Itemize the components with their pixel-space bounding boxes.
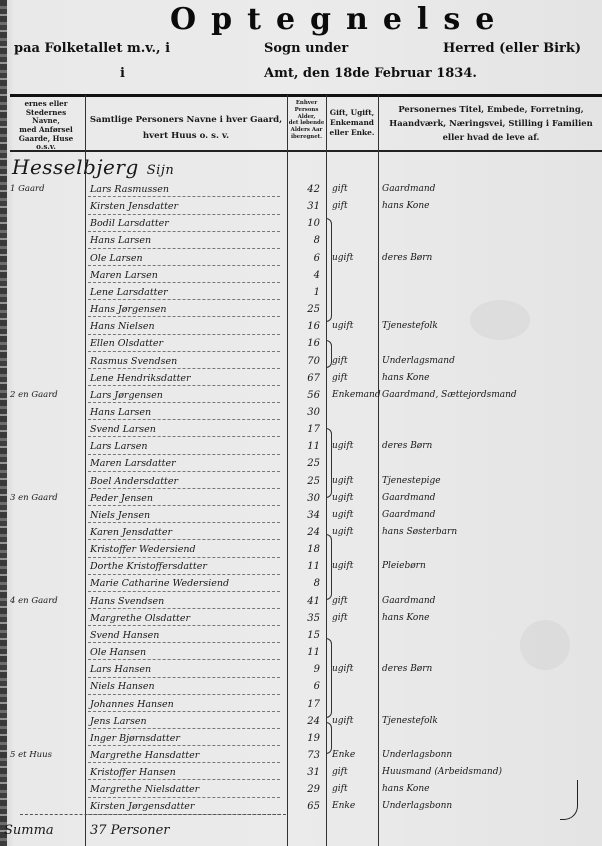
header-rule [10, 94, 602, 97]
civil-status-cell: ugift [332, 476, 353, 486]
census-page: Optegnelse paa Folketallet m.v., i Sogn … [0, 0, 602, 846]
age-cell: 70 [290, 356, 320, 367]
place-cell: 3 en Gaard [10, 493, 58, 503]
name-cell: Hans Jørgensen [90, 304, 166, 315]
place-cell: 4 en Gaard [10, 596, 58, 606]
table-row: Margrethe Nielsdatter29gifthans Kone [0, 783, 602, 800]
occupation-cell: Underlagsmand [382, 356, 455, 366]
age-cell: 65 [290, 801, 320, 812]
table-row: Maren Larsdatter25 [0, 457, 602, 474]
occupation-cell: Pleiebørn [382, 561, 426, 571]
table-row: Rasmus Svendsen70giftUnderlagsmand [0, 355, 602, 372]
name-cell: Hans Nielsen [90, 321, 155, 332]
column-header-line: eller Enke. [327, 128, 377, 138]
table-row: Inger Bjørnsdatter19 [0, 732, 602, 749]
row-leader-line [88, 557, 280, 558]
row-leader-line [88, 214, 280, 215]
row-leader-line [88, 677, 280, 678]
age-cell: 30 [290, 493, 320, 504]
civil-status-cell: gift [332, 767, 348, 777]
table-row: Kirsten Jensdatter31gifthans Kone [0, 200, 602, 217]
civil-status-cell: ugift [332, 493, 353, 503]
table-row: Maren Larsen4 [0, 269, 602, 286]
row-leader-line [88, 368, 280, 369]
civil-status-cell: ugift [332, 716, 353, 726]
civil-status-cell: Enke [332, 801, 355, 811]
row-leader-line [88, 745, 280, 746]
grouping-brace [326, 428, 332, 498]
age-cell: 24 [290, 716, 320, 727]
civil-status-cell: ugift [332, 321, 353, 331]
name-cell: Lars Jørgensen [90, 390, 163, 401]
occupation-cell: hans Søsterbarn [382, 527, 457, 537]
column-header-line: iberegnet. [288, 134, 325, 141]
parish-name: HesselbjergSijn [12, 155, 174, 179]
row-leader-line [88, 659, 280, 660]
civil-status-cell: ugift [332, 510, 353, 520]
document-title: Optegnelse [170, 2, 410, 37]
civil-status-cell: gift [332, 373, 348, 383]
name-cell: Lars Larsen [90, 441, 148, 452]
civil-status-cell: gift [332, 184, 348, 194]
age-cell: 34 [290, 510, 320, 521]
column-header-occupation: Personernes Titel, Embede, Forretning, H… [380, 103, 602, 145]
column-header-line: Persons [288, 107, 325, 114]
age-cell: 56 [290, 390, 320, 401]
column-header-line: Personernes Titel, Embede, Forretning, [380, 103, 602, 117]
column-header-line: Alders Aar [288, 127, 325, 134]
table-row: 3 en GaardPeder Jensen30ugiftGaardmand [0, 492, 602, 509]
row-leader-line [88, 762, 280, 763]
age-cell: 29 [290, 784, 320, 795]
table-row: Ellen Olsdatter16 [0, 337, 602, 354]
age-cell: 10 [290, 218, 320, 229]
age-cell: 4 [290, 270, 320, 281]
header-census-label: paa Folketallet m.v., i [14, 41, 170, 56]
occupation-cell: Gaardmand [382, 493, 435, 503]
row-leader-line [88, 265, 280, 266]
age-cell: 31 [290, 201, 320, 212]
summary-rule [20, 814, 286, 815]
occupation-cell: Underlagsbonn [382, 750, 452, 760]
summary-label: Summa [4, 823, 54, 838]
place-cell: 1 Gaard [10, 184, 45, 194]
row-leader-line [88, 694, 280, 695]
occupation-cell: Gaardmand [382, 510, 435, 520]
table-row: 5 et HuusMargrethe Hansdatter73EnkeUnder… [0, 749, 602, 766]
name-cell: Kirsten Jensdatter [90, 201, 178, 212]
row-leader-line [88, 711, 280, 712]
age-cell: 8 [290, 578, 320, 589]
occupation-cell: hans Kone [382, 201, 429, 211]
column-header-civil-status: Gift, Ugift, Enkemand eller Enke. [327, 108, 377, 138]
table-row: 2 en GaardLars Jørgensen56EnkemandGaardm… [0, 389, 602, 406]
age-cell: 67 [290, 373, 320, 384]
name-cell: Hans Larsen [90, 235, 151, 246]
closing-parenthesis [560, 780, 578, 820]
grouping-brace [326, 218, 332, 322]
table-row: Ole Hansen11 [0, 646, 602, 663]
table-row: Svend Hansen15 [0, 629, 602, 646]
name-cell: Marie Catharine Wedersiend [90, 578, 229, 589]
name-cell: Rasmus Svendsen [90, 356, 177, 367]
table-row: Lars Larsen11ugiftderes Børn [0, 440, 602, 457]
age-cell: 1 [290, 287, 320, 298]
place-cell: 2 en Gaard [10, 390, 58, 400]
age-cell: 11 [290, 441, 320, 452]
occupation-cell: Gaardmand, Sættejordsmand [382, 390, 517, 400]
name-cell: Dorthe Kristoffersdatter [90, 561, 207, 572]
header-date-line: Amt, den 18de Februar 1834. [264, 66, 477, 81]
name-cell: Bodil Larsdatter [90, 218, 169, 229]
column-header-names: Samtlige Personers Navne i hver Gaard, h… [86, 112, 286, 145]
table-row: Kirsten Jørgensdatter65EnkeUnderlagsbonn [0, 800, 602, 817]
name-cell: Ole Larsen [90, 253, 143, 264]
header-county-prefix: i [120, 66, 125, 81]
occupation-cell: Tjenestepige [382, 476, 441, 486]
row-leader-line [88, 196, 280, 197]
summary-total: 37 Personer [90, 823, 170, 838]
age-cell: 18 [290, 544, 320, 555]
age-cell: 73 [290, 750, 320, 761]
row-leader-line [88, 402, 280, 403]
column-header-line: eller hvad de leve af. [380, 131, 602, 145]
name-cell: Margrethe Olsdatter [90, 613, 190, 624]
column-header-line: Haandværk, Næringsvei, Stilling i Famili… [380, 117, 602, 131]
column-header-age: Enhver Persons Alder, det løbende Alders… [288, 100, 325, 141]
name-cell: Ellen Olsdatter [90, 338, 163, 349]
name-cell: Margrethe Hansdatter [90, 750, 199, 761]
table-row: Margrethe Olsdatter35gifthans Kone [0, 612, 602, 629]
table-row: Hans Jørgensen25 [0, 303, 602, 320]
table-row: Dorthe Kristoffersdatter11ugiftPleiebørn [0, 560, 602, 577]
name-cell: Ole Hansen [90, 647, 146, 658]
age-cell: 25 [290, 458, 320, 469]
name-cell: Peder Jensen [90, 493, 153, 504]
grouping-brace [326, 638, 332, 718]
age-cell: 8 [290, 235, 320, 246]
name-cell: Kristoffer Hansen [90, 767, 176, 778]
row-leader-line [88, 436, 280, 437]
table-row: Kristoffer Wedersiend18 [0, 543, 602, 560]
occupation-cell: Tjenestefolk [382, 716, 438, 726]
age-cell: 35 [290, 613, 320, 624]
occupation-cell: hans Kone [382, 784, 429, 794]
row-leader-line [88, 488, 280, 489]
name-cell: Lars Hansen [90, 664, 151, 675]
row-leader-line [88, 728, 280, 729]
column-header-line: Samtlige Personers Navne i hver Gaard, [86, 112, 286, 128]
column-header-line: Enkemand [327, 118, 377, 128]
name-cell: Johannes Hansen [90, 699, 174, 710]
civil-status-cell: ugift [332, 561, 353, 571]
row-leader-line [88, 282, 280, 283]
parish-suffix: Sijn [147, 163, 174, 178]
civil-status-cell: ugift [332, 253, 353, 263]
row-leader-line [88, 471, 280, 472]
civil-status-cell: ugift [332, 664, 353, 674]
age-cell: 17 [290, 424, 320, 435]
age-cell: 31 [290, 767, 320, 778]
name-cell: Niels Jensen [90, 510, 150, 521]
row-leader-line [88, 231, 280, 232]
civil-status-cell: Enke [332, 750, 355, 760]
row-leader-line [88, 608, 280, 609]
name-cell: Jens Larsen [90, 716, 147, 727]
occupation-cell: hans Kone [382, 373, 429, 383]
table-row: 1 GaardLars Rasmussen42giftGaardmand [0, 183, 602, 200]
age-cell: 6 [290, 253, 320, 264]
age-cell: 6 [290, 681, 320, 692]
age-cell: 25 [290, 476, 320, 487]
row-leader-line [88, 797, 280, 798]
age-cell: 9 [290, 664, 320, 675]
age-cell: 30 [290, 407, 320, 418]
age-cell: 16 [290, 338, 320, 349]
row-leader-line [88, 642, 280, 643]
column-header-line: Alder, [288, 114, 325, 121]
row-leader-line [88, 539, 280, 540]
row-leader-line [88, 522, 280, 523]
civil-status-cell: gift [332, 356, 348, 366]
table-row: Johannes Hansen17 [0, 698, 602, 715]
civil-status-cell: gift [332, 596, 348, 606]
age-cell: 17 [290, 699, 320, 710]
name-cell: Svend Larsen [90, 424, 156, 435]
table-row: Hans Larsen30 [0, 406, 602, 423]
name-cell: Inger Bjørnsdatter [90, 733, 180, 744]
column-header-line: Enhver [288, 100, 325, 107]
name-cell: Boel Andersdatter [90, 476, 178, 487]
column-header-line: det løbende [288, 120, 325, 127]
table-row: Lene Hendriksdatter67gifthans Kone [0, 372, 602, 389]
row-leader-line [88, 454, 280, 455]
table-row: Hans Larsen8 [0, 234, 602, 251]
table-row: Niels Hansen6 [0, 680, 602, 697]
name-cell: Maren Larsen [90, 270, 158, 281]
name-cell: Hans Svendsen [90, 596, 164, 607]
column-header-rule [10, 150, 602, 152]
age-cell: 19 [290, 733, 320, 744]
name-cell: Kirsten Jørgensdatter [90, 801, 194, 812]
table-row: Boel Andersdatter25ugiftTjenestepige [0, 475, 602, 492]
row-leader-line [88, 505, 280, 506]
grouping-brace [326, 340, 332, 368]
civil-status-cell: gift [332, 613, 348, 623]
table-row: Lars Hansen9ugiftderes Børn [0, 663, 602, 680]
name-cell: Svend Hansen [90, 630, 159, 641]
age-cell: 15 [290, 630, 320, 641]
column-header-line: hvert Huus o. s. v. [86, 128, 286, 144]
table-row: 4 en GaardHans Svendsen41giftGaardmand [0, 595, 602, 612]
age-cell: 11 [290, 561, 320, 572]
table-row: Ole Larsen6ugiftderes Børn [0, 252, 602, 269]
row-leader-line [88, 334, 280, 335]
civil-status-cell: gift [332, 784, 348, 794]
row-leader-line [88, 779, 280, 780]
name-cell: Lars Rasmussen [90, 184, 169, 195]
row-leader-line [88, 591, 280, 592]
place-cell: 5 et Huus [10, 750, 52, 760]
occupation-cell: Gaardmand [382, 596, 435, 606]
row-leader-line [88, 351, 280, 352]
occupation-cell: deres Børn [382, 441, 432, 451]
row-leader-line [88, 299, 280, 300]
occupation-cell: hans Kone [382, 613, 429, 623]
row-leader-line [88, 625, 280, 626]
occupation-cell: Huusmand (Arbeidsmand) [382, 767, 502, 777]
name-cell: Kristoffer Wedersiend [90, 544, 196, 555]
name-cell: Niels Hansen [90, 681, 155, 692]
civil-status-cell: ugift [332, 441, 353, 451]
age-cell: 11 [290, 647, 320, 658]
age-cell: 24 [290, 527, 320, 538]
row-leader-line [88, 385, 280, 386]
occupation-cell: Tjenestefolk [382, 321, 438, 331]
occupation-cell: Gaardmand [382, 184, 435, 194]
table-row: Svend Larsen17 [0, 423, 602, 440]
row-leader-line [88, 316, 280, 317]
name-cell: Hans Larsen [90, 407, 151, 418]
occupation-cell: deres Børn [382, 664, 432, 674]
table-row: Karen Jensdatter24ugifthans Søsterbarn [0, 526, 602, 543]
column-header-line: Gaarde, Huse o.s.v. [8, 135, 84, 152]
name-cell: Lene Hendriksdatter [90, 373, 191, 384]
name-cell: Karen Jensdatter [90, 527, 172, 538]
header-parish-label: Sogn under [264, 41, 348, 56]
occupation-cell: Underlagsbonn [382, 801, 452, 811]
column-header-line: ernes eller Stedernes [8, 100, 84, 117]
table-row: Hans Nielsen16ugiftTjenestefolk [0, 320, 602, 337]
civil-status-cell: gift [332, 201, 348, 211]
occupation-cell: deres Børn [382, 253, 432, 263]
row-leader-line [88, 248, 280, 249]
age-cell: 41 [290, 596, 320, 607]
parish-name-text: Hesselbjerg [12, 155, 139, 179]
table-row: Jens Larsen24ugiftTjenestefolk [0, 715, 602, 732]
table-row: Marie Catharine Wedersiend8 [0, 577, 602, 594]
civil-status-cell: ugift [332, 527, 353, 537]
name-cell: Margrethe Nielsdatter [90, 784, 199, 795]
row-leader-line [88, 574, 280, 575]
grouping-brace [326, 722, 332, 754]
table-row: Kristoffer Hansen31giftHuusmand (Arbeids… [0, 766, 602, 783]
name-cell: Maren Larsdatter [90, 458, 176, 469]
column-header-line: Gift, Ugift, [327, 108, 377, 118]
table-row: Niels Jensen34ugiftGaardmand [0, 509, 602, 526]
age-cell: 42 [290, 184, 320, 195]
table-row: Lene Larsdatter1 [0, 286, 602, 303]
civil-status-cell: Enkemand [332, 390, 381, 400]
age-cell: 25 [290, 304, 320, 315]
name-cell: Lene Larsdatter [90, 287, 168, 298]
header-district-label: Herred (eller Birk) [443, 41, 581, 56]
row-leader-line [88, 419, 280, 420]
age-cell: 16 [290, 321, 320, 332]
table-row: Bodil Larsdatter10 [0, 217, 602, 234]
column-header-place: ernes eller Stedernes Navne, med Anførse… [8, 100, 84, 152]
grouping-brace [326, 534, 332, 600]
